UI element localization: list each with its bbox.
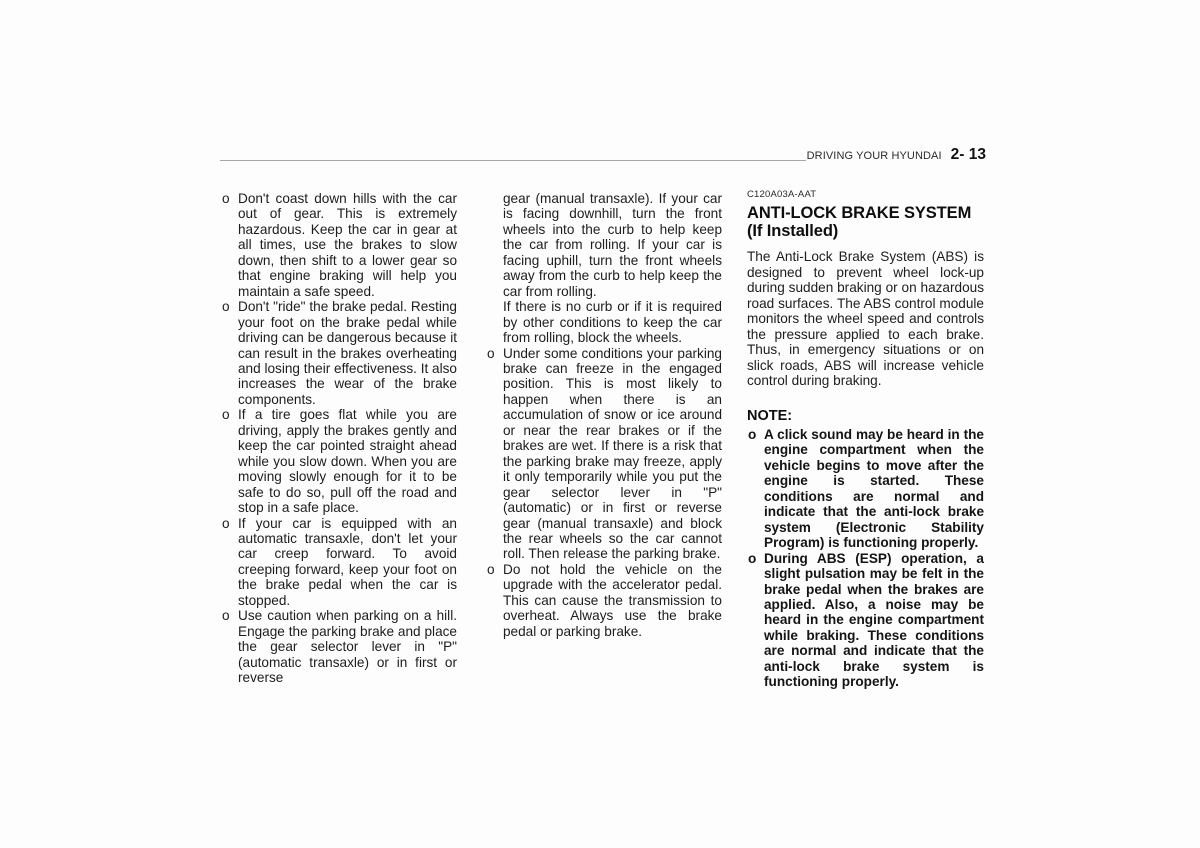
abs-description-paragraph: The Anti-Lock Brake System (ABS) is desi… [747,249,984,388]
list-item-text: Do not hold the vehicle on the upgrade w… [503,562,722,639]
column-left: o Don't coast down hills with the car ou… [221,191,457,686]
bullet-marker: o [222,191,230,206]
list-item: o Use caution when parking on a hill. En… [221,608,457,685]
continuation-paragraph: gear (manual transaxle). If your car is … [503,191,722,299]
list-item-text: If your car is equipped with an automati… [238,516,457,608]
note-label: NOTE: [747,409,984,424]
bullet-marker: o [222,407,230,422]
note-item-text: During ABS (ESP) operation, a slight pul… [764,551,984,690]
list-item-text: Use caution when parking on a hill. Enga… [238,608,457,685]
bullet-marker: o [222,516,230,531]
section-heading-line2: (If Installed) [747,223,984,241]
bullet-marker: o [222,299,230,314]
header-page-number: 2- 13 [951,146,986,164]
section-code: C120A03A-AAT [747,187,984,202]
header-section-title: DRIVING YOUR HYUNDAI [807,150,942,162]
page-header: DRIVING YOUR HYUNDAI 2- 13 [806,146,986,164]
column-right: C120A03A-AAT ANTI-LOCK BRAKE SYSTEM (If … [747,187,984,690]
section-heading-line1: ANTI-LOCK BRAKE SYSTEM [747,205,984,223]
bullet-marker: o [222,608,230,623]
bullet-marker: o [487,346,495,361]
list-item: o Under some conditions your parking bra… [486,346,722,562]
list-item-text: Don't "ride" the brake pedal. Resting yo… [238,299,457,407]
bullet-marker: o [748,427,756,442]
list-item: o Don't "ride" the brake pedal. Resting … [221,299,457,407]
list-item-text: Under some conditions your parking brake… [503,346,722,562]
list-item: o Do not hold the vehicle on the upgrade… [486,562,722,639]
bullet-marker: o [487,562,495,577]
column-middle: gear (manual transaxle). If your car is … [486,191,722,639]
list-item-text: Don't coast down hills with the car out … [238,191,457,299]
list-item-text: If a tire goes flat while you are drivin… [238,407,457,515]
continuation-paragraph: If there is no curb or if it is required… [503,299,722,345]
note-list-item: o A click sound may be heard in the engi… [747,427,984,551]
bullet-marker: o [748,551,756,566]
note-list-item: o During ABS (ESP) operation, a slight p… [747,551,984,690]
list-item: o If your car is equipped with an automa… [221,516,457,609]
header-rule [220,160,806,161]
section-heading: ANTI-LOCK BRAKE SYSTEM (If Installed) [747,205,984,240]
manual-page: DRIVING YOUR HYUNDAI 2- 13 o Don't coast… [0,0,1200,848]
note-item-text: A click sound may be heard in the engine… [764,427,984,550]
list-item: o Don't coast down hills with the car ou… [221,191,457,299]
list-item: o If a tire goes flat while you are driv… [221,407,457,515]
